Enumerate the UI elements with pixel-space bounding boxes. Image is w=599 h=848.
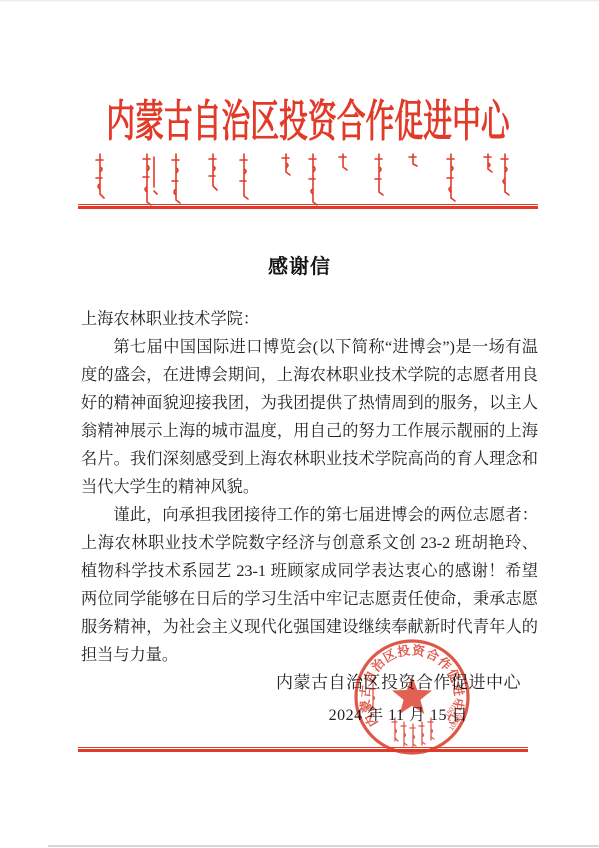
scanned-letter-page: 内蒙古自治区投资合作促进中心 感谢信 上海农林职业技术学院： 第七届中国国际进口…: [0, 0, 599, 848]
letter-body: 上海农林职业技术学院： 第七届中国国际进口博览会(以下简称“进博会”)是一场有温…: [81, 305, 538, 669]
scan-edge-bottom: [48, 845, 599, 847]
mongolian-script-line: [92, 151, 512, 207]
scan-edge-top: [0, 0, 599, 2]
official-seal: 内蒙古自治区投资合作促进中心 150102 10669: [348, 634, 478, 760]
paragraph-1: 第七届中国国际进口博览会(以下简称“进博会”)是一场有温度的盛会，在进博会期间，…: [81, 333, 538, 501]
letter-title: 感谢信: [0, 250, 599, 279]
letterhead: 内蒙古自治区投资合作促进中心: [0, 97, 599, 146]
header-rule: [78, 204, 538, 209]
footer-rule: [78, 747, 528, 752]
seal-star-icon: [392, 676, 432, 714]
letterhead-org-name: 内蒙古自治区投资合作促进中心: [106, 97, 509, 146]
recipient-line: 上海农林职业技术学院：: [81, 305, 538, 333]
